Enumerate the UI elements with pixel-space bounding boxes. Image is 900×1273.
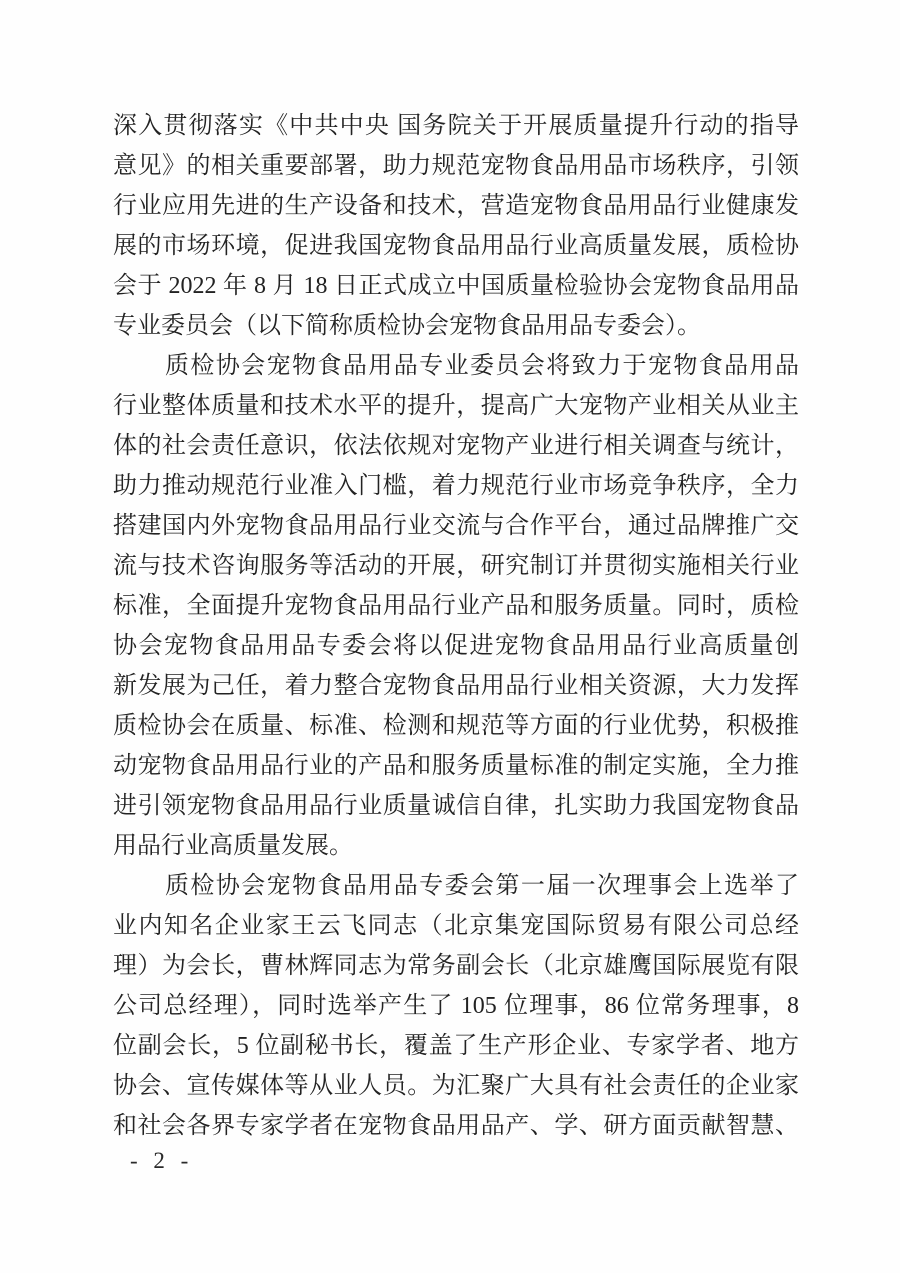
text-line: 深入贯彻落实《中共中央 国务院关于开展质量提升行动的指导 bbox=[113, 106, 799, 146]
text-line: 新发展为己任，着力整合宠物食品用品行业相关资源，大力发挥 bbox=[113, 666, 799, 706]
page-footer: - 2 - bbox=[130, 1146, 193, 1176]
text-line: 质检协会宠物食品用品专委会第一届一次理事会上选举了 bbox=[113, 866, 799, 906]
text-line: 行业整体质量和技术水平的提升，提高广大宠物产业相关从业主 bbox=[113, 386, 799, 426]
text-line: 助力推动规范行业准入门槛，着力规范行业市场竞争秩序，全力 bbox=[113, 466, 799, 506]
text-line: 业内知名企业家王云飞同志（北京集宠国际贸易有限公司总经 bbox=[113, 906, 799, 946]
text-line: 会于 2022 年 8 月 18 日正式成立中国质量检验协会宠物食品用品 bbox=[113, 266, 799, 306]
document-page: 深入贯彻落实《中共中央 国务院关于开展质量提升行动的指导意见》的相关重要部署，助… bbox=[0, 0, 900, 1273]
paragraph: 深入贯彻落实《中共中央 国务院关于开展质量提升行动的指导意见》的相关重要部署，助… bbox=[113, 106, 799, 346]
text-line: 展的市场环境，促进我国宠物食品用品行业高质量发展，质检协 bbox=[113, 226, 799, 266]
page-number: - 2 - bbox=[130, 1148, 193, 1173]
text-line: 流与技术咨询服务等活动的开展，研究制订并贯彻实施相关行业 bbox=[113, 546, 799, 586]
text-line: 行业应用先进的生产设备和技术，营造宠物食品用品行业健康发 bbox=[113, 186, 799, 226]
paragraph: 质检协会宠物食品用品专委会第一届一次理事会上选举了业内知名企业家王云飞同志（北京… bbox=[113, 866, 799, 1146]
document-body: 深入贯彻落实《中共中央 国务院关于开展质量提升行动的指导意见》的相关重要部署，助… bbox=[113, 106, 799, 1146]
text-line: 意见》的相关重要部署，助力规范宠物食品用品市场秩序，引领 bbox=[113, 146, 799, 186]
text-line: 协会、宣传媒体等从业人员。为汇聚广大具有社会责任的企业家 bbox=[113, 1066, 799, 1106]
text-line: 协会宠物食品用品专委会将以促进宠物食品用品行业高质量创 bbox=[113, 626, 799, 666]
text-line: 进引领宠物食品用品行业质量诚信自律，扎实助力我国宠物食品 bbox=[113, 786, 799, 826]
text-line: 体的社会责任意识，依法依规对宠物产业进行相关调查与统计， bbox=[113, 426, 799, 466]
text-line: 用品行业高质量发展。 bbox=[113, 826, 799, 866]
text-line: 质检协会在质量、标准、检测和规范等方面的行业优势，积极推 bbox=[113, 706, 799, 746]
text-line: 质检协会宠物食品用品专业委员会将致力于宠物食品用品 bbox=[113, 346, 799, 386]
text-line: 搭建国内外宠物食品用品行业交流与合作平台，通过品牌推广交 bbox=[113, 506, 799, 546]
text-line: 公司总经理），同时选举产生了 105 位理事，86 位常务理事，8 bbox=[113, 986, 799, 1026]
text-line: 理）为会长，曹林辉同志为常务副会长（北京雄鹰国际展览有限 bbox=[113, 946, 799, 986]
text-line: 位副会长，5 位副秘书长，覆盖了生产形企业、专家学者、地方 bbox=[113, 1026, 799, 1066]
text-line: 动宠物食品用品行业的产品和服务质量标准的制定实施，全力推 bbox=[113, 746, 799, 786]
text-line: 专业委员会（以下简称质检协会宠物食品用品专委会）。 bbox=[113, 306, 799, 346]
text-line: 标准，全面提升宠物食品用品行业产品和服务质量。同时，质检 bbox=[113, 586, 799, 626]
paragraph: 质检协会宠物食品用品专业委员会将致力于宠物食品用品行业整体质量和技术水平的提升，… bbox=[113, 346, 799, 866]
text-line: 和社会各界专家学者在宠物食品用品产、学、研方面贡献智慧、 bbox=[113, 1106, 799, 1146]
